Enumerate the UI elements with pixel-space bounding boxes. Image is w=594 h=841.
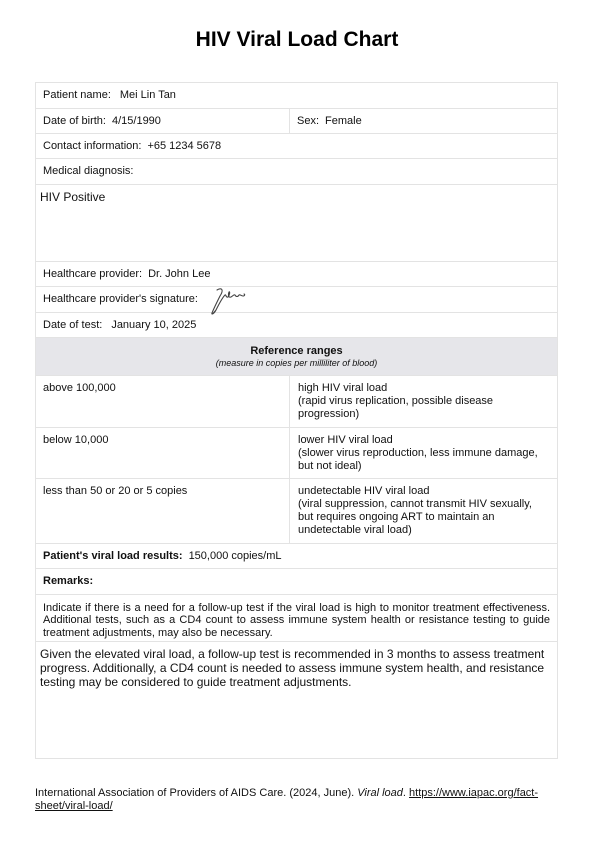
provider-label: Healthcare provider: xyxy=(43,268,142,280)
citation: International Association of Providers o… xyxy=(35,787,565,813)
sex-label: Sex: xyxy=(297,115,319,127)
reference-detail: (slower virus reproduction, less immune … xyxy=(298,447,550,473)
reference-range: less than 50 or 20 or 5 copies xyxy=(36,479,290,543)
citation-text: International Association of Providers o… xyxy=(35,787,357,799)
reference-subheading: (measure in copies per milliliter of blo… xyxy=(36,358,557,368)
reference-heading: Reference ranges xyxy=(36,345,557,357)
sex-field[interactable]: Female xyxy=(325,115,362,127)
remarks-label: Remarks: xyxy=(43,575,93,587)
reference-row: less than 50 or 20 or 5 copies undetecta… xyxy=(36,479,557,544)
patient-name-field[interactable]: Mei Lin Tan xyxy=(120,89,176,101)
reference-row: above 100,000 high HIV viral load (rapid… xyxy=(36,376,557,428)
contact-label: Contact information: xyxy=(43,140,141,152)
reference-detail: (rapid virus replication, possible disea… xyxy=(298,395,550,421)
diagnosis-label-row: Medical diagnosis: xyxy=(36,159,557,185)
reference-ranges-header: Reference ranges (measure in copies per … xyxy=(36,338,557,376)
reference-meaning: lower HIV viral load xyxy=(298,434,550,447)
test-date-label: Date of test: xyxy=(43,319,102,331)
provider-field[interactable]: Dr. John Lee xyxy=(148,268,210,280)
reference-row: below 10,000 lower HIV viral load (slowe… xyxy=(36,428,557,480)
test-date-field[interactable]: January 10, 2025 xyxy=(111,319,196,331)
dob-cell: Date of birth: 4/15/1990 xyxy=(36,109,290,133)
citation-title: Viral load xyxy=(357,787,403,799)
patient-name-row: Patient name: Mei Lin Tan xyxy=(36,83,557,109)
contact-field[interactable]: +65 1234 5678 xyxy=(147,140,221,152)
page-title: HIV Viral Load Chart xyxy=(0,28,594,52)
viral-load-form: Patient name: Mei Lin Tan Date of birth:… xyxy=(35,82,558,759)
results-field[interactable]: 150,000 copies/mL xyxy=(189,550,282,562)
test-date-row: Date of test: January 10, 2025 xyxy=(36,313,557,339)
reference-meaning: undetectable HIV viral load xyxy=(298,485,550,498)
reference-range: below 10,000 xyxy=(36,428,290,479)
reference-meaning: high HIV viral load xyxy=(298,382,550,395)
dob-sex-row: Date of birth: 4/15/1990 Sex: Female xyxy=(36,109,557,134)
dob-label: Date of birth: xyxy=(43,115,106,127)
signature-row: Healthcare provider's signature: xyxy=(36,287,557,313)
diagnosis-label: Medical diagnosis: xyxy=(43,165,134,177)
reference-meaning-cell: undetectable HIV viral load (viral suppr… xyxy=(290,479,557,543)
results-row: Patient's viral load results: 150,000 co… xyxy=(36,544,557,570)
reference-detail: (viral suppression, cannot transmit HIV … xyxy=(298,498,550,537)
reference-meaning-cell: lower HIV viral load (slower virus repro… xyxy=(290,428,557,479)
remarks-instructions: Indicate if there is a need for a follow… xyxy=(36,595,557,642)
reference-meaning-cell: high HIV viral load (rapid virus replica… xyxy=(290,376,557,427)
reference-range: above 100,000 xyxy=(36,376,290,427)
sex-cell: Sex: Female xyxy=(290,109,557,133)
patient-name-label: Patient name: xyxy=(43,89,111,101)
diagnosis-field[interactable]: HIV Positive xyxy=(36,185,557,262)
provider-row: Healthcare provider: Dr. John Lee xyxy=(36,262,557,288)
dob-field[interactable]: 4/15/1990 xyxy=(112,115,161,127)
remarks-field[interactable]: Given the elevated viral load, a follow-… xyxy=(36,642,557,758)
contact-row: Contact information: +65 1234 5678 xyxy=(36,134,557,160)
results-label: Patient's viral load results: xyxy=(43,550,183,562)
signature-label: Healthcare provider's signature: xyxy=(43,293,198,305)
remarks-label-row: Remarks: xyxy=(36,569,557,595)
